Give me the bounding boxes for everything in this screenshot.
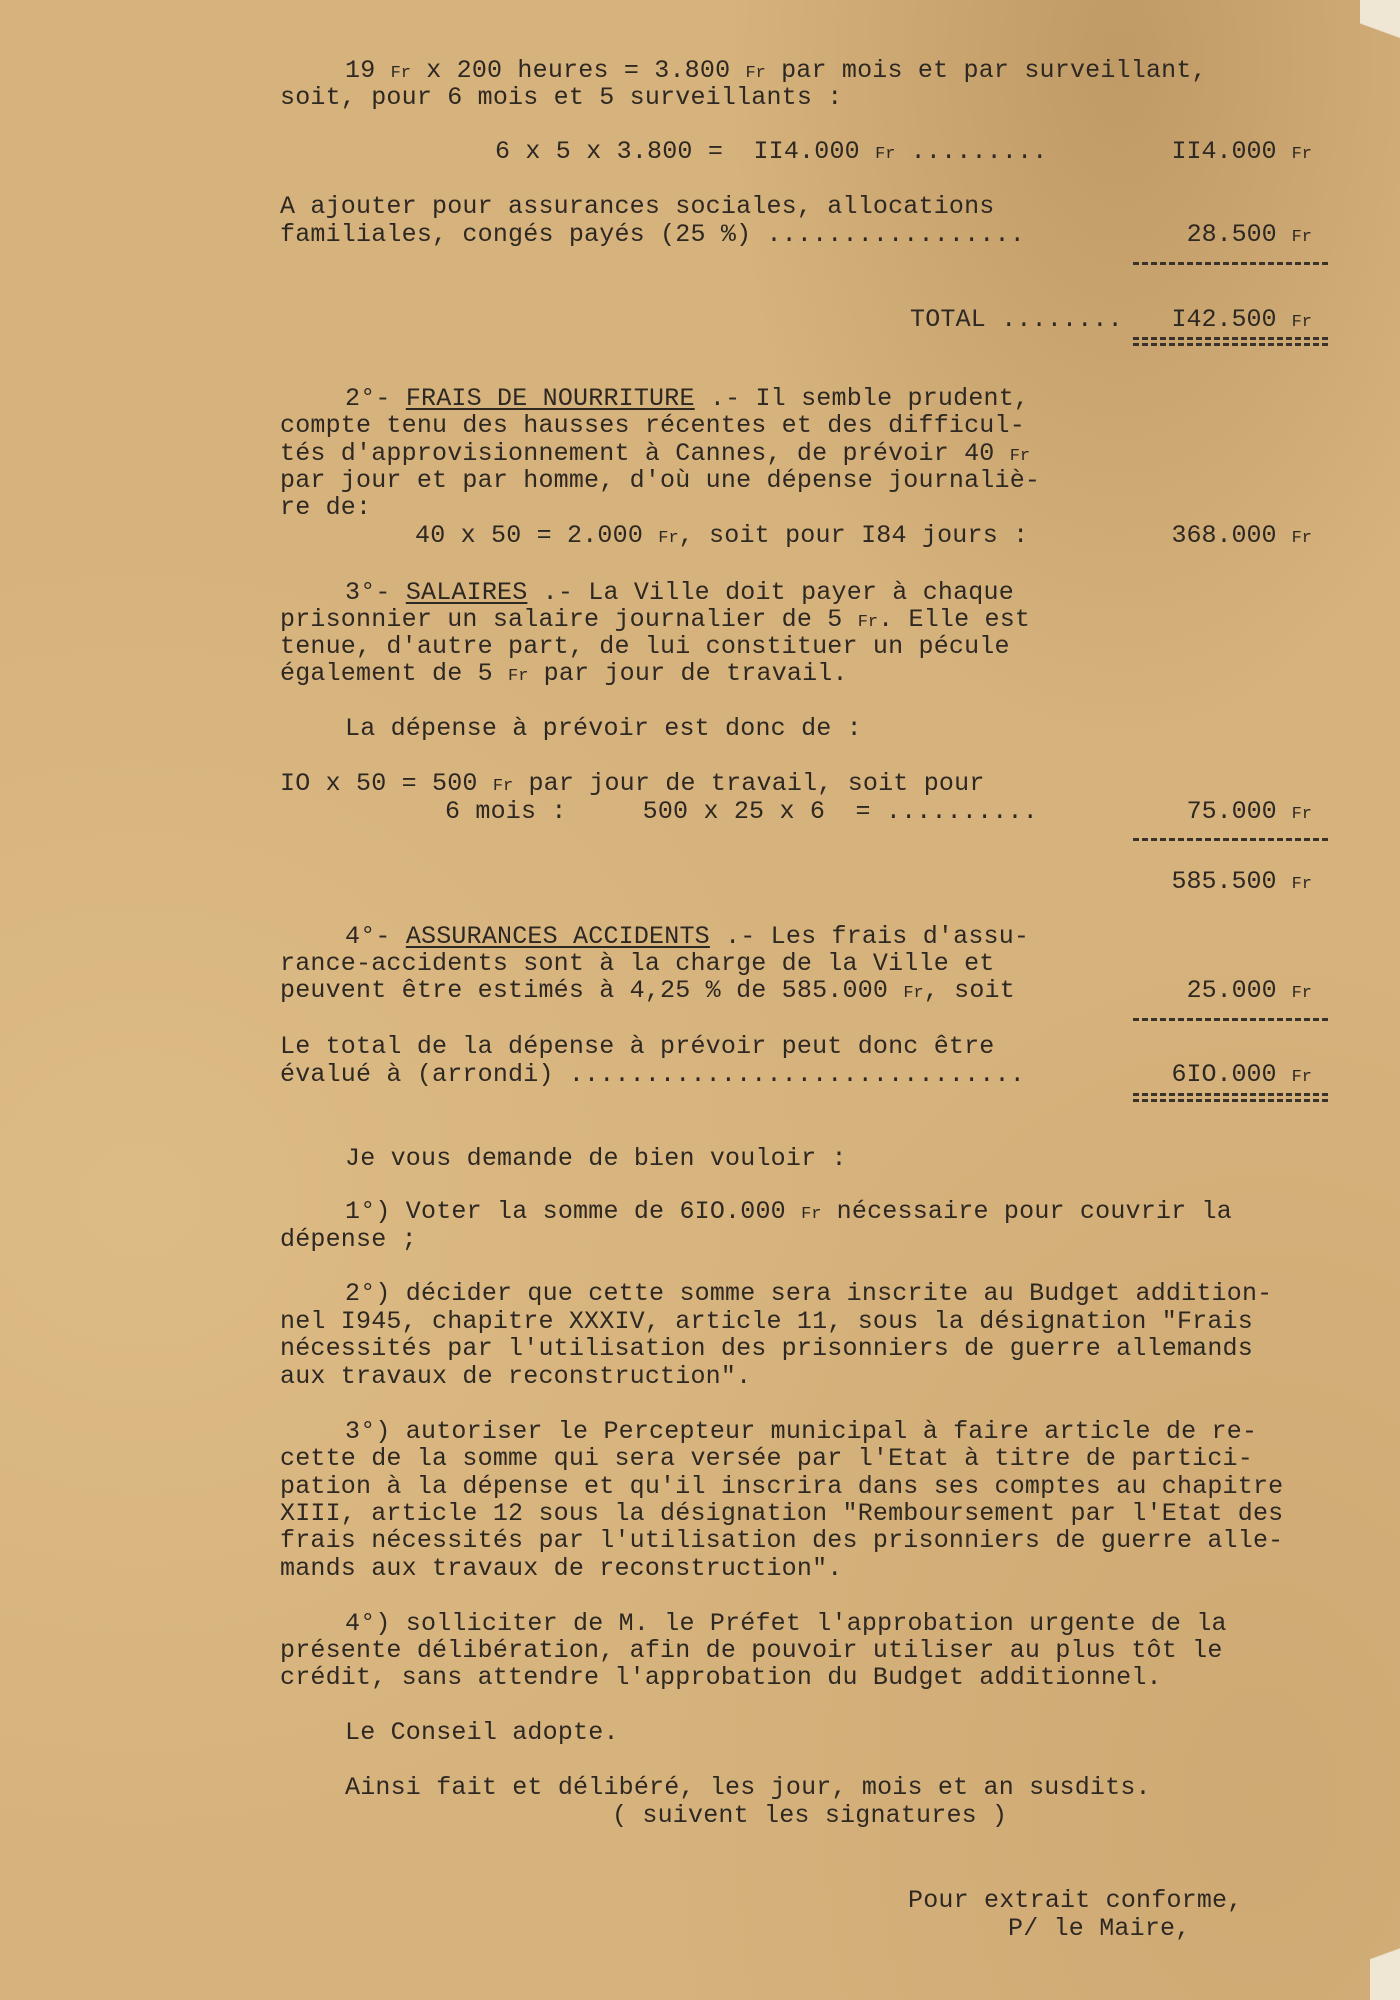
request3-line4: XIII, article 12 sous la désignation "Re… xyxy=(280,1500,1283,1527)
section4-amount: 25.000 Fr xyxy=(1187,977,1312,1007)
request1-line2: dépense ; xyxy=(280,1226,417,1253)
section3-heading: SALAIRES xyxy=(406,578,528,607)
grand-total-double-rule xyxy=(1133,1093,1328,1096)
request3-line6: mands aux travaux de reconstruction". xyxy=(280,1555,843,1582)
request2-line1: 2°) décider que cette somme sera inscrit… xyxy=(345,1280,1272,1307)
section3-calc1: IO x 50 = 500 Fr par jour de travail, so… xyxy=(280,770,985,800)
section4-heading: ASSURANCES ACCIDENTS xyxy=(406,922,710,951)
section2-heading-line: 2°- FRAIS DE NOURRITURE .- Il semble pru… xyxy=(345,385,1029,412)
request2-line3: nécessités par l'utilisation des prisonn… xyxy=(280,1335,1253,1362)
section1-calc-amount: II4.000 Fr xyxy=(1172,138,1312,168)
section1-total-amount: I42.500 Fr xyxy=(1172,306,1312,336)
section1-total-label: TOTAL ........ xyxy=(910,306,1123,333)
request3-line1: 3°) autoriser le Percepteur municipal à … xyxy=(345,1418,1257,1445)
section3-line3: tenue, d'autre part, de lui constituer u… xyxy=(280,633,1010,660)
request1-line1: 1°) Voter la somme de 6IO.000 Fr nécessa… xyxy=(345,1198,1232,1228)
request4-line3: crédit, sans attendre l'approbation du B… xyxy=(280,1664,1162,1691)
section2-heading: FRAIS DE NOURRITURE xyxy=(406,384,695,413)
section1-calc: 6 x 5 x 3.800 = II4.000 Fr ......... xyxy=(495,138,1048,168)
council-adopts: Le Conseil adopte. xyxy=(345,1719,619,1746)
section4-total-line2: évalué à (arrondi) .....................… xyxy=(280,1061,1025,1088)
request4-line1: 4°) solliciter de M. le Préfet l'approba… xyxy=(345,1610,1227,1637)
section2-line5: re de: xyxy=(280,494,371,521)
request2-line2: nel I945, chapitre XXXIV, article 11, so… xyxy=(280,1308,1253,1335)
section2-amount: 368.000 Fr xyxy=(1172,522,1312,552)
signatures-note: ( suivent les signatures ) xyxy=(612,1802,1007,1829)
subtotal-rule-2 xyxy=(1133,838,1328,841)
total-double-rule xyxy=(1133,337,1328,340)
certified-extract: Pour extrait conforme, xyxy=(908,1887,1242,1914)
section3-calc2: 6 mois : 500 x 25 x 6 = .......... xyxy=(445,798,1038,825)
section4-line2: rance-accidents sont à la charge de la V… xyxy=(280,950,995,977)
section3-heading-line: 3°- SALAIRES .- La Ville doit payer à ch… xyxy=(345,579,1014,606)
section4-total-line1: Le total de la dépense à prévoir peut do… xyxy=(280,1033,995,1060)
section3-line4: également de 5 Fr par jour de travail. xyxy=(280,660,848,690)
request3-line5: frais nécessités par l'utilisation des p… xyxy=(280,1527,1283,1554)
section1-line2: soit, pour 6 mois et 5 surveillants : xyxy=(280,84,843,111)
section2-line4: par jour et par homme, d'où une dépense … xyxy=(280,467,1040,494)
request3-line2: cette de la somme qui sera versée par l'… xyxy=(280,1445,1253,1472)
paper-edge-tear xyxy=(1370,1880,1400,2000)
subtotal-rule xyxy=(1133,262,1328,265)
section2-line2: compte tenu des hausses récentes et des … xyxy=(280,412,1025,439)
requests-intro: Je vous demande de bien vouloir : xyxy=(345,1145,847,1172)
section2-calc: 40 x 50 = 2.000 Fr, soit pour I84 jours … xyxy=(415,522,1028,552)
section3-intro: La dépense à prévoir est donc de : xyxy=(345,715,862,742)
section1-add-line2: familiales, congés payés (25 %) ........… xyxy=(280,221,1025,248)
section1-add-amount: 28.500 Fr xyxy=(1187,221,1312,251)
section4-line3: peuvent être estimés à 4,25 % de 585.000… xyxy=(280,977,1015,1007)
request4-line2: présente délibération, afin de pouvoir u… xyxy=(280,1637,1223,1664)
section1-add-line1: A ajouter pour assurances sociales, allo… xyxy=(280,193,995,220)
document-page: 19 Fr x 200 heures = 3.800 Fr par mois e… xyxy=(0,0,1400,2000)
section4-heading-line: 4°- ASSURANCES ACCIDENTS .- Les frais d'… xyxy=(345,923,1029,950)
done-and-deliberated: Ainsi fait et délibéré, les jour, mois e… xyxy=(345,1774,1151,1801)
section3-subtotal: 585.500 Fr xyxy=(1172,868,1312,898)
paper-corner-fold xyxy=(1360,0,1400,110)
request2-line4: aux travaux de reconstruction". xyxy=(280,1363,751,1390)
section3-amount: 75.000 Fr xyxy=(1187,798,1312,828)
grand-total-amount: 6IO.000 Fr xyxy=(1172,1061,1312,1091)
mayor-signature-line: P/ le Maire, xyxy=(1008,1915,1190,1942)
request3-line3: pation à la dépense et qu'il inscrira da… xyxy=(280,1473,1283,1500)
subtotal-rule-3 xyxy=(1133,1018,1328,1021)
